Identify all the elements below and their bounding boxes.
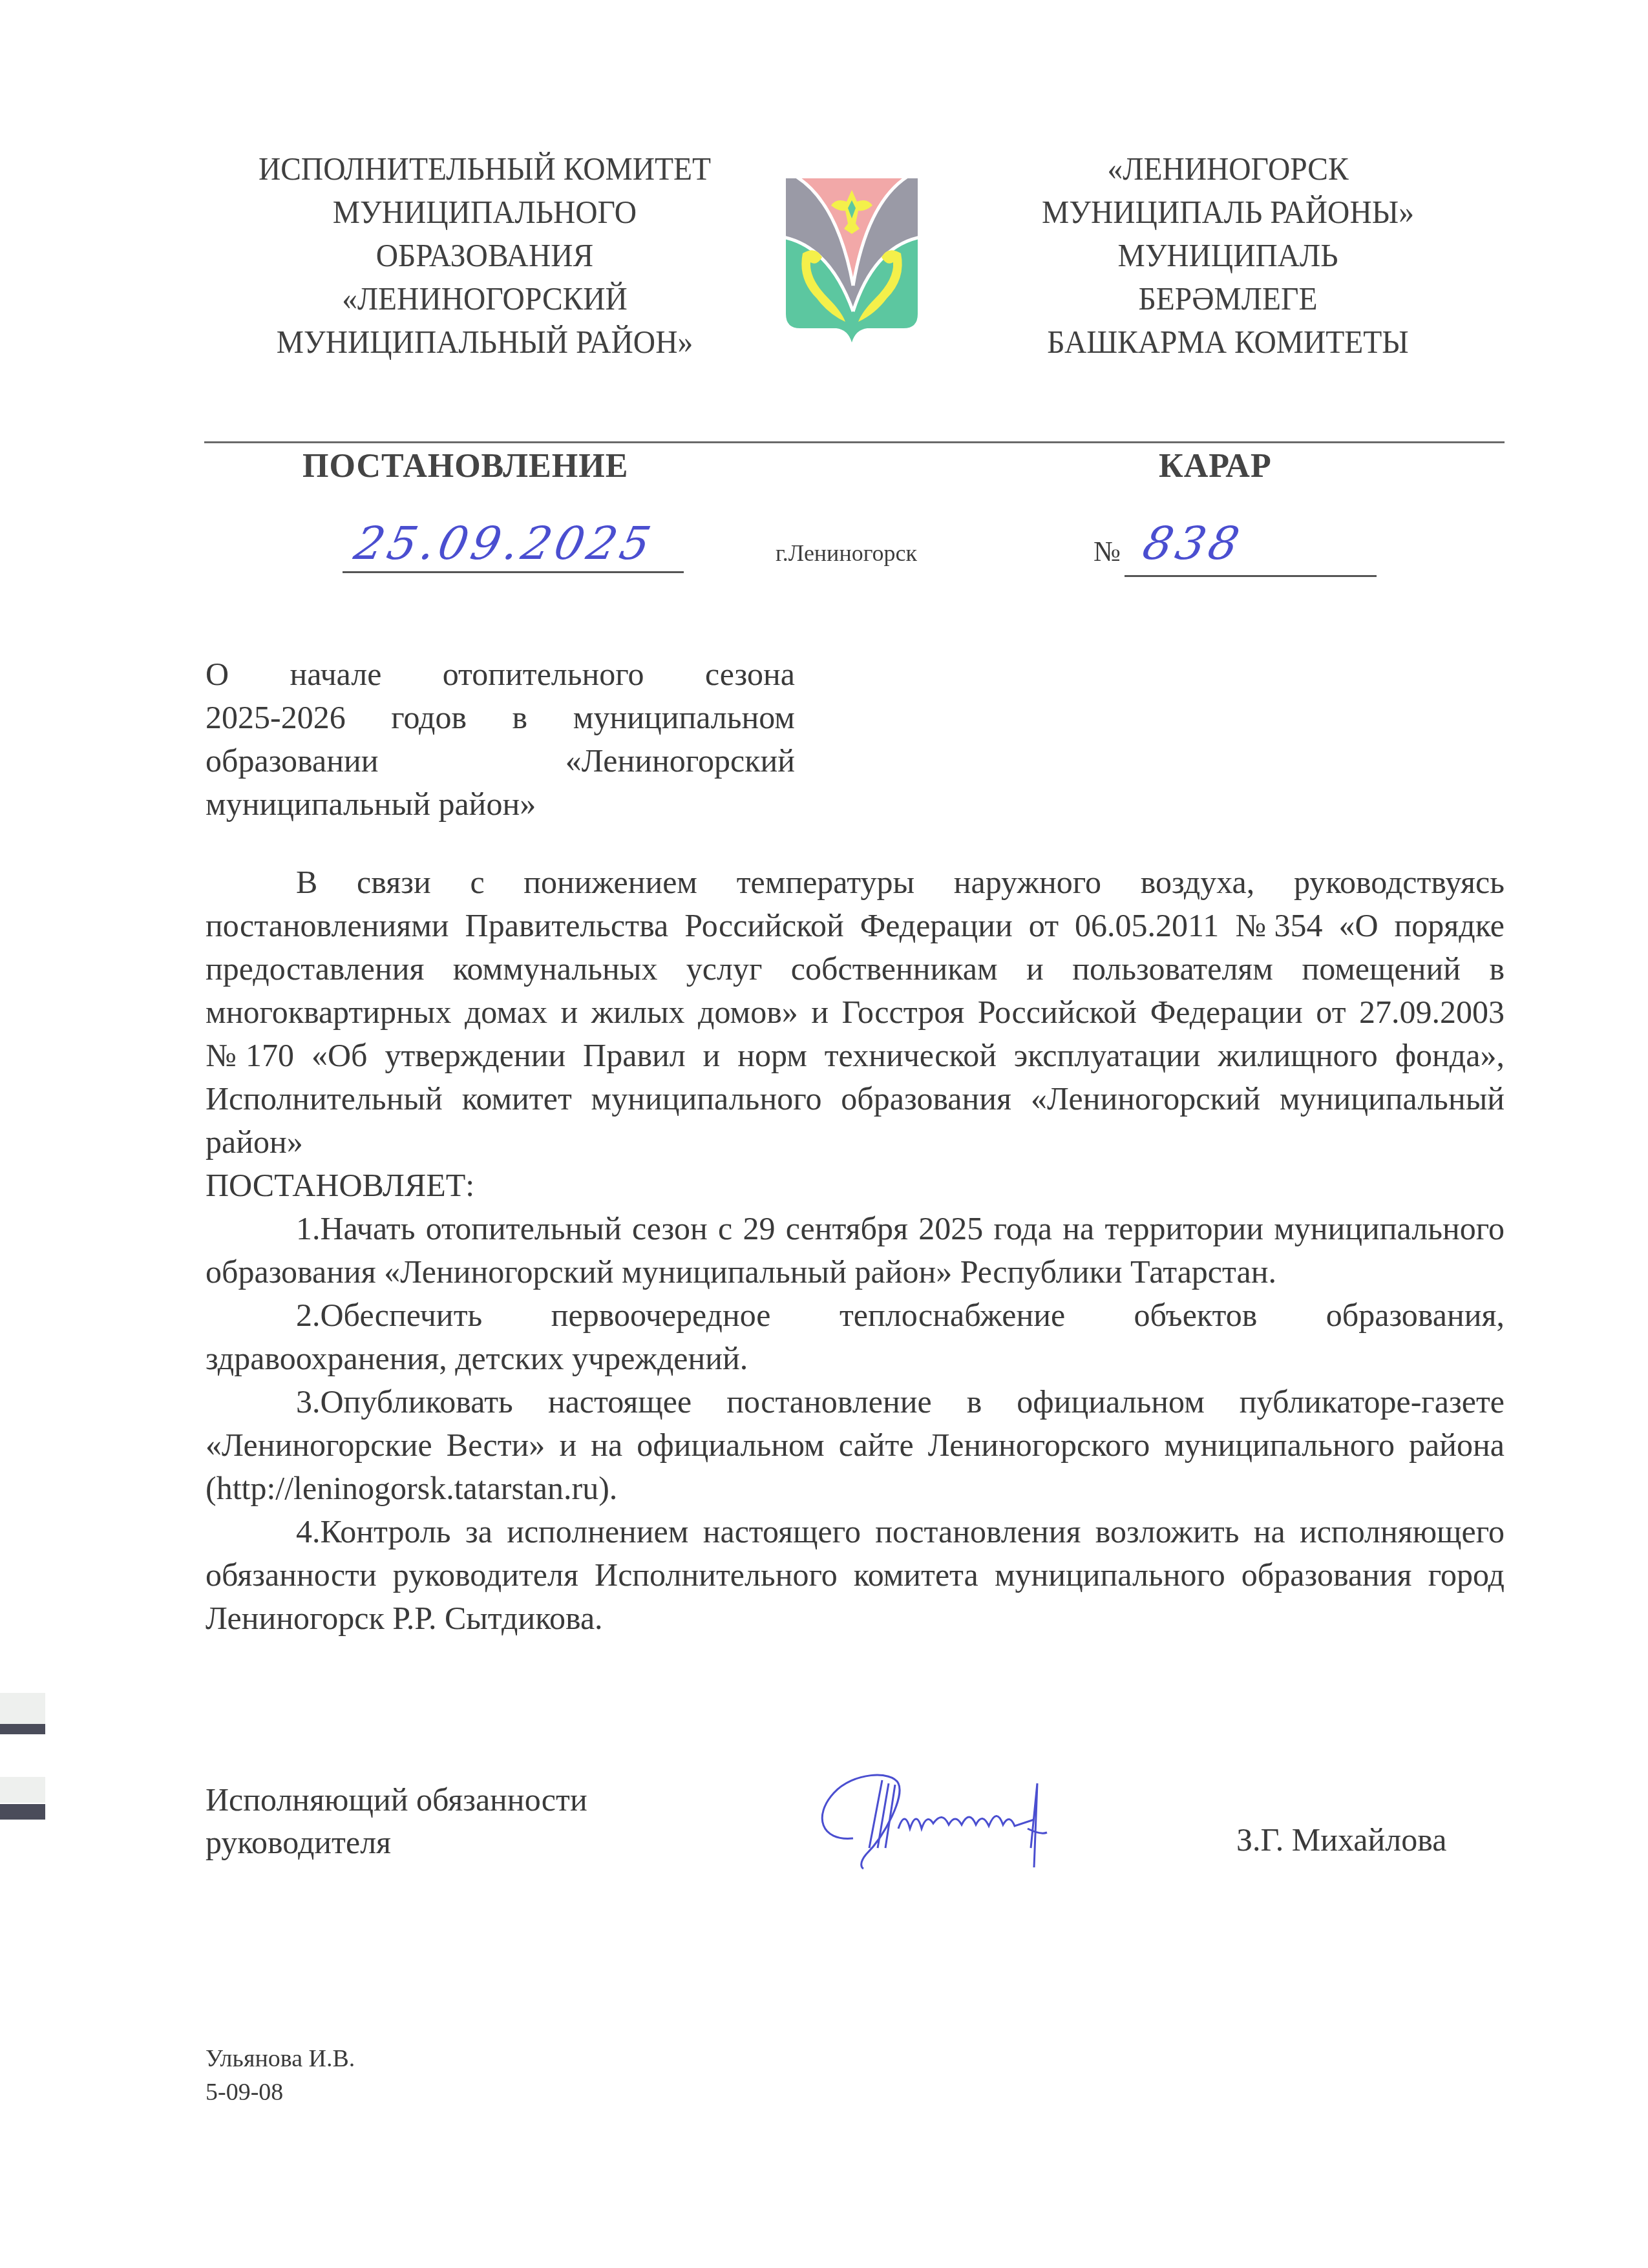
decree-item: 2.Обеспечить первоочередное теплоснабжен…	[206, 1294, 1505, 1380]
handwritten-date: 25.09.2025	[350, 517, 659, 570]
header-left-line: «ЛЕНИНОГОРСКИЙ	[209, 277, 761, 320]
executor-phone: 5-09-08	[206, 2075, 355, 2109]
header-left-line: ОБРАЗОВАНИЯ	[209, 234, 761, 277]
executor-info: Ульянова И.В. 5-09-08	[206, 2042, 355, 2109]
preamble-paragraph: В связи с понижением температуры наружно…	[206, 861, 1505, 1164]
subject-line: образовании «Лениногорский	[206, 739, 795, 782]
scan-artifact	[0, 1804, 45, 1820]
signer-name: З.Г. Михайлова	[1236, 1821, 1446, 1858]
decree-item: 4.Контроль за исполнением настоящего пос…	[206, 1510, 1505, 1640]
signatory-title: Исполняющий обязанности руководителя	[206, 1778, 587, 1864]
scan-artifact	[0, 1777, 45, 1803]
header-right-org-name: «ЛЕНИНОГОРСК МУНИЦИПАЛЬ РАЙОНЫ» МУНИЦИПА…	[982, 147, 1474, 364]
signatory-title-line: Исполняющий обязанности	[206, 1778, 587, 1821]
doc-type-tatar: КАРАР	[1159, 447, 1272, 485]
city-label: г.Лениногорск	[776, 540, 917, 567]
signatory-title-line: руководителя	[206, 1821, 587, 1864]
header-left-line: МУНИЦИПАЛЬНОГО	[209, 191, 761, 234]
document-body: В связи с понижением температуры наружно…	[206, 861, 1505, 1640]
decree-item: 3.Опубликовать настоящее постановление в…	[206, 1380, 1505, 1510]
header-right-line: МУНИЦИПАЛЬ РАЙОНЫ»	[982, 191, 1474, 234]
number-sign: №	[1093, 535, 1121, 568]
coat-of-arms-icon	[783, 176, 920, 344]
header-right-line: «ЛЕНИНОГОРСК	[982, 147, 1474, 191]
handwritten-signature-icon	[808, 1758, 1247, 1874]
executor-name: Ульянова И.В.	[206, 2042, 355, 2075]
doc-type-russian: ПОСТАНОВЛЕНИЕ	[302, 447, 628, 485]
scan-artifact	[0, 1693, 45, 1724]
number-field: 838	[1125, 517, 1377, 577]
header-right-line: МУНИЦИПАЛЬ	[982, 234, 1474, 277]
header-left-line: ИСПОЛНИТЕЛЬНЫЙ КОМИТЕТ	[209, 147, 761, 191]
subject-line: 2025-2026 годов в муниципальном	[206, 696, 795, 739]
document-subject: О начале отопительного сезона 2025-2026 …	[206, 653, 795, 826]
header-left-org-name: ИСПОЛНИТЕЛЬНЫЙ КОМИТЕТ МУНИЦИПАЛЬНОГО ОБ…	[209, 147, 761, 364]
scan-artifact	[0, 1724, 45, 1734]
decree-word: ПОСТАНОВЛЯЕТ:	[206, 1164, 1505, 1207]
decree-item: 1.Начать отопительный сезон с 29 сентябр…	[206, 1207, 1505, 1294]
header-left-line: МУНИЦИПАЛЬНЫЙ РАЙОН»	[209, 320, 761, 364]
subject-line: муниципальный район»	[206, 782, 795, 826]
subject-line: О начале отопительного сезона	[206, 653, 795, 696]
header-right-line: БЕРӘМЛЕГЕ	[982, 277, 1474, 320]
header-right-line: БАШКАРМА КОМИТЕТЫ	[982, 320, 1474, 364]
handwritten-number: 838	[1138, 517, 1247, 570]
date-field: 25.09.2025	[343, 517, 684, 573]
header-divider	[204, 441, 1505, 443]
